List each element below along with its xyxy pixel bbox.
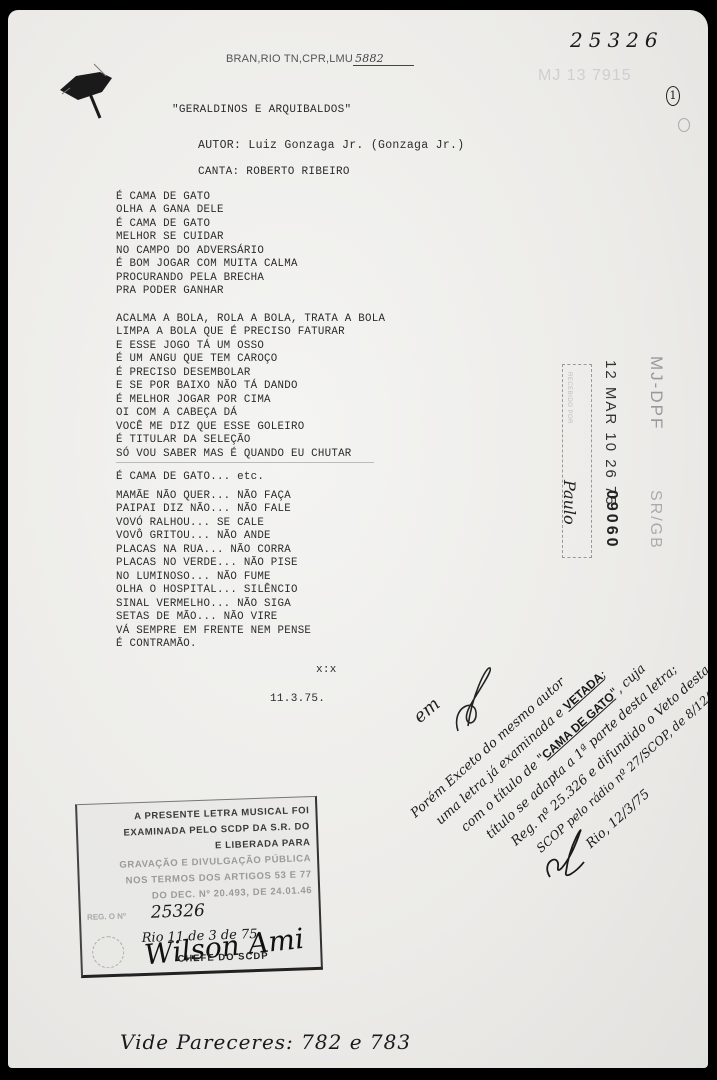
protocol-agency: MJ-DPF [646, 356, 666, 430]
registration-label: REG. O Nº [87, 912, 126, 922]
lyric-line: MELHOR SE CUIDAR [116, 231, 298, 244]
lyric-line: E ESSE JOGO TÁ UM OSSO [116, 340, 385, 353]
lyric-line: LIMPA A BOLA QUE É PRECISO FATURAR [116, 326, 385, 339]
document-page: BRAN,RIO TN,CPR,LMU5882 25326 MJ 13 7915… [8, 10, 708, 1068]
archive-code-number: 5882 [353, 52, 414, 66]
typed-date: 11.3.75. [270, 693, 325, 705]
lyric-line: VÁ SEMPRE EM FRENTE NEM PENSE [116, 625, 311, 638]
stanza-3: É CAMA DE GATO... etc. [116, 471, 264, 484]
stamp-line: NOS TERMOS DOS ARTIGOS 53 E 77 [86, 869, 312, 888]
receiver-signature: Paulo [560, 480, 579, 525]
faint-page-mark [678, 118, 690, 132]
lyric-line: É TITULAR DA SELEÇÃO [116, 434, 385, 447]
annotation-initial: em [409, 694, 444, 728]
stamp-line: E LIBERADA PARA [84, 837, 310, 856]
stamp-line: A PRESENTE LETRA MUSICAL FOI [83, 805, 309, 824]
lyric-line: É CONTRAMÃO. [116, 638, 311, 651]
protocol-stamp: RECEBIDO POR Paulo 12 MAR 10 26 75 09060… [556, 350, 691, 570]
page-number: 1 [666, 86, 680, 106]
stanza-1: É CAMA DE GATO OLHA A GANA DELE É CAMA D… [116, 191, 298, 299]
archive-code: BRAN,RIO TN,CPR,LMU5882 [226, 52, 414, 65]
stamp-line: GRAVAÇÃO E DIVULGAÇÃO PÚBLICA [85, 853, 311, 872]
lyric-line: PROCURANDO PELA BRECHA [116, 272, 298, 285]
protocol-serial: 09060 [602, 490, 620, 550]
reference-number: 25326 [570, 28, 664, 52]
annotation-signature-icon [540, 822, 590, 882]
lyric-line: SINAL VERMELHO... NÃO SIGA [116, 598, 311, 611]
lyric-line: OLHA A GANA DELE [116, 204, 298, 217]
song-author: AUTOR: Luiz Gonzaga Jr. (Gonzaga Jr.) [198, 139, 464, 152]
lyric-line: É UM ANGU QUE TEM CAROÇO [116, 353, 385, 366]
lyric-line: MAMÃE NÃO QUER... NÃO FAÇA [116, 490, 311, 503]
lyric-line: NO CAMPO DO ADVERSÁRIO [116, 245, 298, 258]
lyric-line: SÓ VOU SABER MAS É QUANDO EU CHUTAR [116, 448, 385, 461]
protocol-date: 12 MAR 10 26 75 [602, 360, 619, 507]
stamp-line: EXAMINADA PELO SCDP DA S.R. DO [84, 821, 310, 840]
lyric-line: É BOM JOGAR COM MUITA CALMA [116, 258, 298, 271]
received-label: RECEBIDO POR [566, 372, 572, 424]
lyric-line: E SE POR BAIXO NÃO TÁ DANDO [116, 380, 385, 393]
lyric-line: É MELHOR JOGAR POR CIMA [116, 394, 385, 407]
protocol-region: SR/GB [646, 490, 664, 550]
lyric-line: PRA PODER GANHAR [116, 285, 298, 298]
censorship-stamp: A PRESENTE LETRA MUSICAL FOI EXAMINADA P… [75, 796, 323, 978]
lyric-line: É CAMA DE GATO... etc. [116, 471, 264, 484]
lyric-line: VOVÓ RALHOU... SE CALE [116, 517, 311, 530]
signatory-title: CHEFE DO SCDP [177, 951, 268, 965]
lyric-line: OI COM A CABEÇA DÁ [116, 407, 385, 420]
divider-line [116, 462, 374, 463]
registration-number: 25326 [151, 901, 206, 923]
lyric-line: VOVÔ GRITOU... NÃO ANDE [116, 530, 311, 543]
lyric-line: OLHA O HOSPITAL... SILÊNCIO [116, 584, 311, 597]
stanza-2: ACALMA A BOLA, ROLA A BOLA, TRATA A BOLA… [116, 313, 385, 461]
faint-stamp: MJ 13 7915 [538, 67, 632, 85]
seal-icon [92, 936, 125, 969]
initial-signature-icon [448, 666, 498, 736]
archive-code-text: BRAN,RIO TN,CPR,LMU [226, 53, 353, 65]
lyric-line: É CAMA DE GATO [116, 191, 298, 204]
stanza-4: MAMÃE NÃO QUER... NÃO FAÇA PAIPAI DIZ NÃ… [116, 490, 311, 651]
footer-note: Vide Pareceres: 782 e 783 [120, 1030, 411, 1054]
lyric-line: NO LUMINOSO... NÃO FUME [116, 571, 311, 584]
lyric-line: VOCÊ ME DIZ QUE ESSE GOLEIRO [116, 421, 385, 434]
lyric-line: É PRECISO DESEMBOLAR [116, 367, 385, 380]
end-mark: x:x [316, 664, 337, 676]
lyric-line: PAIPAI DIZ NÃO... NÃO FALE [116, 503, 311, 516]
handwritten-annotation: Porém Exceto do mesmo autor uma letra já… [408, 556, 708, 1033]
lyric-line: ACALMA A BOLA, ROLA A BOLA, TRATA A BOLA [116, 313, 385, 326]
song-title: "GERALDINOS E ARQUIBALDOS" [172, 104, 351, 116]
umbrella-sketch-icon [56, 60, 116, 120]
lyric-line: PLACAS NA RUA... NÃO CORRA [116, 544, 311, 557]
lyric-line: É CAMA DE GATO [116, 218, 298, 231]
song-singer: CANTA: ROBERTO RIBEIRO [198, 166, 350, 178]
lyric-line: PLACAS NO VERDE... NÃO PISE [116, 557, 311, 570]
lyric-line: SETAS DE MÃO... NÃO VIRE [116, 611, 311, 624]
